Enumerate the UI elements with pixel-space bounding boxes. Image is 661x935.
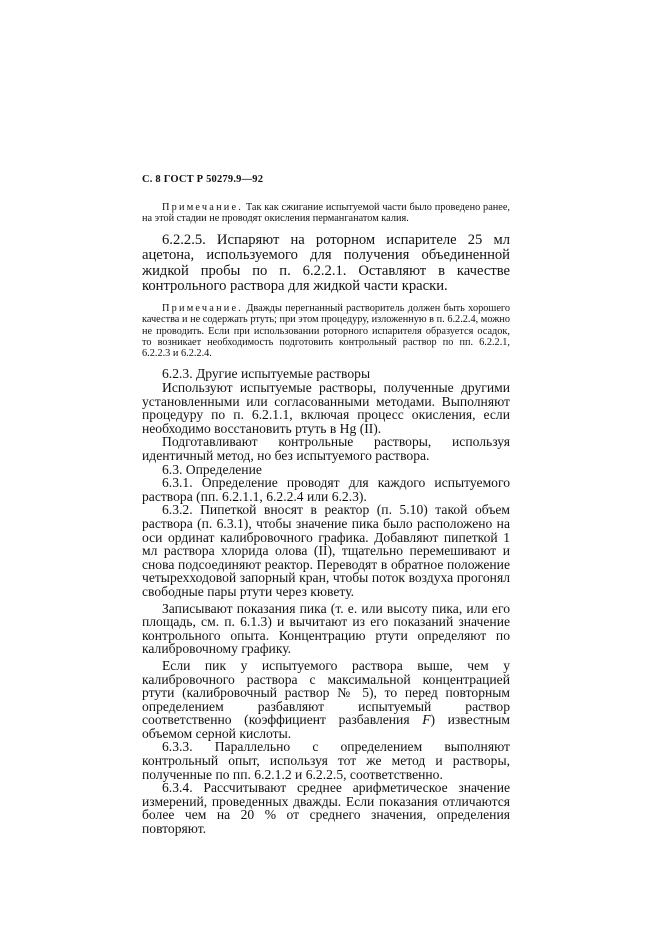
note-2: Примечание. Дважды перегнанный растворит… xyxy=(142,303,510,359)
paragraph-6-3-2: 6.3.2. Пипеткой вносят в реактор (п. 5.1… xyxy=(142,503,510,598)
paragraph-6-3-1: 6.3.1. Определение проводят для каждого … xyxy=(142,476,510,503)
paragraph-6-3-2-c: Если пик у испытуемого раствора выше, че… xyxy=(142,659,510,741)
heading-6-2-3: 6.2.3. Другие испытуемые растворы xyxy=(142,367,510,381)
heading-6-3: 6.3. Определение xyxy=(142,463,510,477)
page-header: С. 8 ГОСТ Р 50279.9—92 xyxy=(142,174,510,185)
note-label: Примечание. xyxy=(162,303,243,314)
paragraph-6-3-3: 6.3.3. Параллельно с определением выполн… xyxy=(142,740,510,781)
paragraph-6-2-3-a: Используют испытуемые растворы, полученн… xyxy=(142,381,510,435)
dilution-factor-symbol: F xyxy=(422,712,430,727)
paragraph-6-2-3-b: Подготавливают контрольные растворы, исп… xyxy=(142,435,510,462)
document-page: С. 8 ГОСТ Р 50279.9—92 Примечание. Так к… xyxy=(142,174,510,836)
note-label: Примечание. xyxy=(162,202,243,213)
paragraph-6-2-2-5: 6.2.2.5. Испаряют на роторном испарителе… xyxy=(142,233,510,295)
note-1: Примечание. Так как сжигание испытуемой … xyxy=(142,202,510,225)
paragraph-6-3-2-b: Записывают показания пика (т. е. или выс… xyxy=(142,602,510,656)
paragraph-6-3-4: 6.3.4. Рассчитывают среднее арифметическ… xyxy=(142,781,510,835)
